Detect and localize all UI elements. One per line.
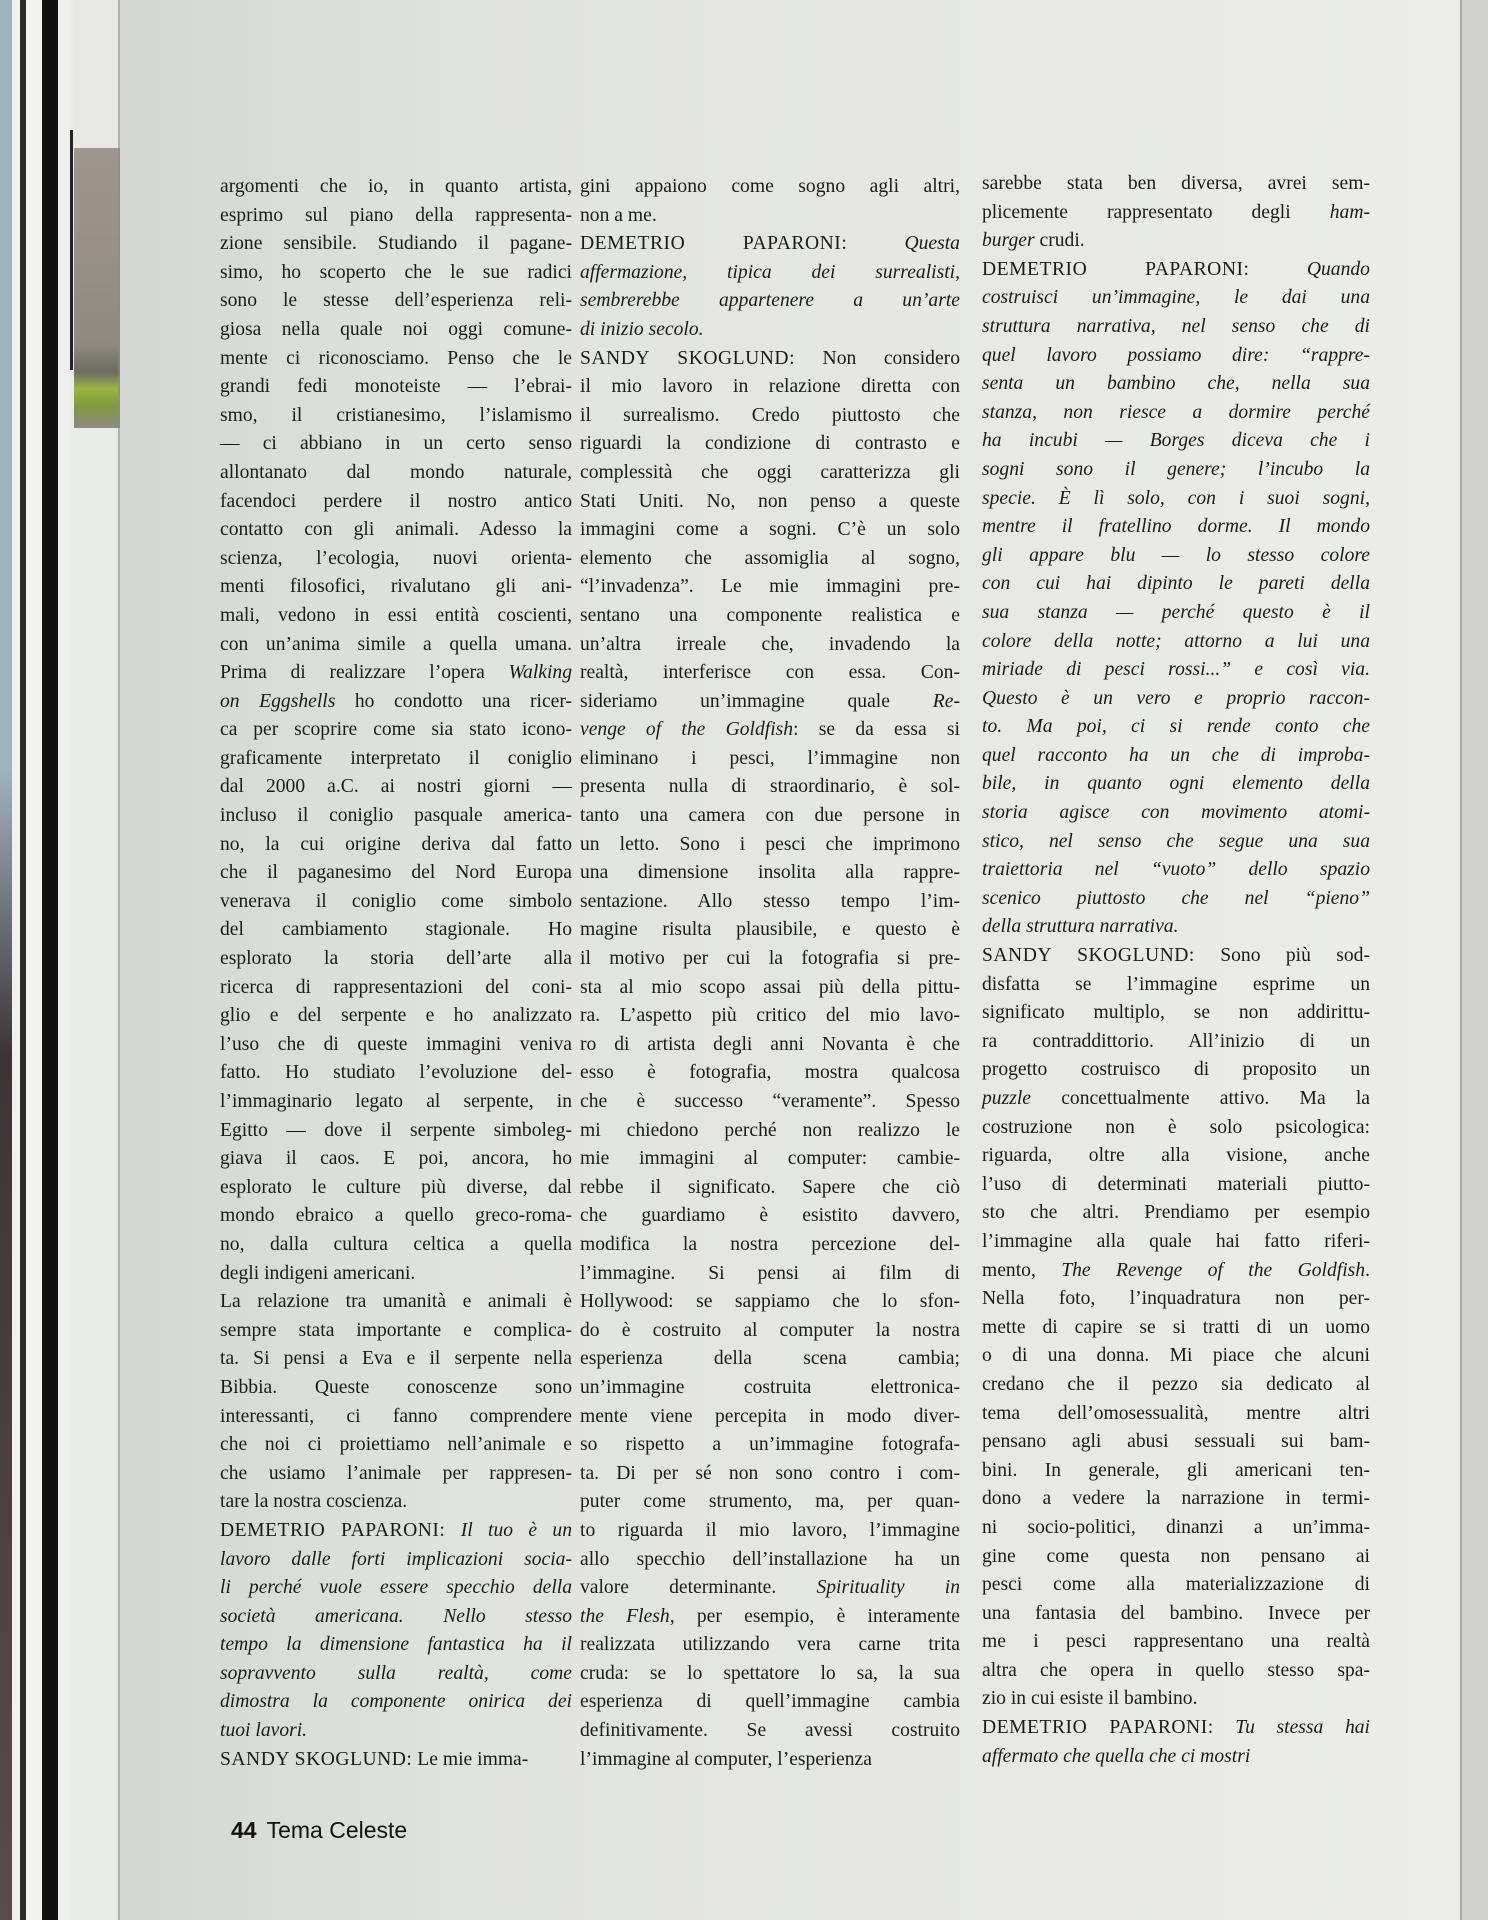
text-line: scienza, l’ecologia, nuovi orienta- [220, 545, 572, 574]
text-line: non a me. [580, 202, 960, 231]
text-line: rebbe il significato. Sapere che ciò [580, 1174, 960, 1203]
text-line: sarebbe stata ben diversa, avrei sem- [982, 170, 1370, 199]
text-line: graficamente interpretato il coniglio [220, 745, 572, 774]
text-line: allo specchio dell’installazione ha un [580, 1546, 960, 1575]
text-line: costruisci un’immagine, le dai una [982, 284, 1370, 313]
text-line: realizzata utilizzando vera carne trita [580, 1631, 960, 1660]
text-line: plicemente rappresentato degli ham- [982, 199, 1370, 228]
text-line: mento, The Revenge of the Goldfish. [982, 1257, 1370, 1286]
text-column-1: argomenti che io, in quanto artista,espr… [220, 173, 572, 1774]
text-line: mente viene percepita in modo diver- [580, 1403, 960, 1432]
text-line: o di una donna. Mi piace che alcuni [982, 1342, 1370, 1371]
text-line: esperienza della scena cambia; [580, 1345, 960, 1374]
text-line: venge of the Goldfish: se da essa si [580, 716, 960, 745]
text-line: the Flesh, per esempio, è interamente [580, 1603, 960, 1632]
text-line: do è costruito al computer la nostra [580, 1317, 960, 1346]
text-line: me i pesci rappresentano una realtà [982, 1628, 1370, 1657]
text-line: — ci abbiano in un certo senso [220, 430, 572, 459]
text-line: dimostra la componente onirica dei [220, 1688, 572, 1717]
text-line: ra contraddittorio. All’inizio di un [982, 1028, 1370, 1057]
text-line: che è successo “veramente”. Spesso [580, 1088, 960, 1117]
speaker-label: DEMETRIO PAPARONI: [982, 1717, 1214, 1738]
text-line: immagini come a sogni. C’è un solo [580, 516, 960, 545]
text-line: glio e del serpente e ho analizzato [220, 1002, 572, 1031]
binding-edge [12, 0, 20, 1920]
text-line: con cui hai dipinto le pareti della [982, 570, 1370, 599]
text-line: puzzle concettualmente attivo. Ma la [982, 1085, 1370, 1114]
text-line: puter come strumento, ma, per quan- [580, 1488, 960, 1517]
page-footer: 44Tema Celeste [231, 1817, 407, 1844]
binding-edge [42, 0, 58, 1920]
text-line: della struttura narrativa. [982, 913, 1370, 942]
text-line: un’altra irreale che, invadendo la [580, 631, 960, 660]
text-line: li perché vuole essere specchio della [220, 1574, 572, 1603]
text-line: l’uso che di queste immagini veniva [220, 1031, 572, 1060]
text-line: mi chiedono perché non realizzo le [580, 1117, 960, 1146]
text-line: burger crudi. [982, 227, 1370, 256]
text-line: La relazione tra umanità e animali è [220, 1288, 572, 1317]
text-line: giosa nella quale noi oggi comune- [220, 316, 572, 345]
text-line: un letto. Sono i pesci che imprimono [580, 831, 960, 860]
text-line: costruzione non è solo psicologica: [982, 1114, 1370, 1143]
text-line: il surrealismo. Credo piuttosto che [580, 402, 960, 431]
text-line: ta. Si pensi a Eva e il serpente nella [220, 1345, 572, 1374]
text-line: no, dalla cultura celtica a quella [220, 1231, 572, 1260]
text-line: che guardiamo è esistito davvero, [580, 1202, 960, 1231]
text-line: che noi ci proiettiamo nell’animale e [220, 1431, 572, 1460]
text-line: quel lavoro possiamo dire: “rappre- [982, 342, 1370, 371]
text-line: esplorato le culture più diverse, dal [220, 1174, 572, 1203]
text-line: l’immagine alla quale hai fatto riferi- [982, 1228, 1370, 1257]
text-line: riguardi la condizione di contrasto e [580, 430, 960, 459]
text-line: mette di capire se si tratti di un uomo [982, 1314, 1370, 1343]
text-line: miriade di pesci rossi...” e così via. [982, 656, 1370, 685]
text-line: struttura narrativa, nel senso che di [982, 313, 1370, 342]
text-line: sopravvento sulla realtà, come [220, 1660, 572, 1689]
text-line: valore determinante. Spirituality in [580, 1574, 960, 1603]
text-line: bile, in quanto ogni elemento della [982, 770, 1370, 799]
text-line: argomenti che io, in quanto artista, [220, 173, 572, 202]
text-line: esperienza di quell’immagine cambia [580, 1688, 960, 1717]
binding-edge [58, 0, 70, 1920]
text-line: magine risulta plausibile, e questo è [580, 916, 960, 945]
text-line: storia agisce con movimento atomi- [982, 799, 1370, 828]
text-line: tare la nostra coscienza. [220, 1488, 572, 1517]
text-line: altra che opera in quello stesso spa- [982, 1657, 1370, 1686]
text-line: con un’anima simile a quella umana. [220, 631, 572, 660]
text-line: progetto costruisco di proposito un [982, 1056, 1370, 1085]
text-line: presenta nulla di straordinario, è sol- [580, 773, 960, 802]
text-line: l’immaginario legato al serpente, in [220, 1088, 572, 1117]
text-line: l’uso di determinati materiali piutto- [982, 1171, 1370, 1200]
text-line: grandi fedi monoteiste — l’ebrai- [220, 373, 572, 402]
text-line: SANDY SKOGLUND: Sono più sod- [982, 942, 1370, 971]
text-line: credano che il pezzo sia dedicato al [982, 1371, 1370, 1400]
text-line: interessanti, ci fanno comprendere [220, 1403, 572, 1432]
text-line: stanza, non riesce a dormire perché [982, 399, 1370, 428]
text-line: lavoro dalle forti implicazioni socia- [220, 1546, 572, 1575]
text-line: pensano agli abusi sessuali sui bam- [982, 1428, 1370, 1457]
text-line: una fantasia del bambino. Invece per [982, 1600, 1370, 1629]
text-line: modifica la nostra percezione del- [580, 1231, 960, 1260]
text-line: ha incubi — Borges diceva che i [982, 427, 1370, 456]
text-line: degli indigeni americani. [220, 1260, 572, 1289]
speaker-label: SANDY SKOGLUND: [220, 1749, 412, 1770]
text-line: sentano una componente realistica e [580, 602, 960, 631]
text-line: sogni sono il genere; l’incubo la [982, 456, 1370, 485]
text-line: società americana. Nello stesso [220, 1603, 572, 1632]
text-line: sto che altri. Prendiamo per esempio [982, 1199, 1370, 1228]
text-line: DEMETRIO PAPARONI: Tu stessa hai [982, 1714, 1370, 1743]
text-line: gine come questa non pensano ai [982, 1543, 1370, 1572]
text-line: facendoci perdere il nostro antico [220, 488, 572, 517]
text-line: Questo è un vero e proprio raccon- [982, 685, 1370, 714]
text-line: fatto. Ho studiato l’evoluzione del- [220, 1059, 572, 1088]
text-line: stico, nel senso che segue una sua [982, 828, 1370, 857]
text-line: on Eggshells ho condotto una ricer- [220, 688, 572, 717]
speaker-label: DEMETRIO PAPARONI: [580, 233, 847, 254]
book-binding [0, 0, 125, 1920]
text-line: Hollywood: se sappiamo che lo sfon- [580, 1288, 960, 1317]
text-line: definitivamente. Se avessi costruito [580, 1717, 960, 1746]
speaker-label: SANDY SKOGLUND: [982, 945, 1195, 966]
text-line: sembrerebbe appartenere a un’arte [580, 287, 960, 316]
page-edge [1460, 0, 1488, 1920]
publication-name: Tema Celeste [267, 1817, 408, 1843]
text-line: gini appaiono come sogno agli altri, [580, 173, 960, 202]
text-line: Prima di realizzare l’opera Walking [220, 659, 572, 688]
text-line: mali, vedono in essi entità coscienti, [220, 602, 572, 631]
facing-page-photo-edge [74, 148, 124, 428]
text-line: ra. L’aspetto più critico del mio lavo- [580, 1002, 960, 1031]
text-line: che usiamo l’animale per rappresen- [220, 1460, 572, 1489]
text-line: il mio lavoro in relazione diretta con [580, 373, 960, 402]
text-line: Egitto — dove il serpente simboleg- [220, 1117, 572, 1146]
speaker-label: SANDY SKOGLUND: [580, 348, 795, 369]
text-line: ta. Di per sé non sono contro i com- [580, 1460, 960, 1489]
text-line: mentre il fratellino dorme. Il mondo [982, 513, 1370, 542]
text-line: contatto con gli animali. Adesso la [220, 516, 572, 545]
text-line: Nella foto, l’inquadratura non per- [982, 1285, 1370, 1314]
text-line: l’immagine al computer, l’esperienza [580, 1746, 960, 1775]
text-line: il motivo per cui la fotografia si pre- [580, 945, 960, 974]
binding-edge [0, 0, 12, 1920]
text-line: tanto una camera con due persone in [580, 802, 960, 831]
text-line: ca per scoprire come sia stato icono- [220, 716, 572, 745]
text-line: riguarda, oltre alla visione, anche [982, 1142, 1370, 1171]
text-column-3: sarebbe stata ben diversa, avrei sem-pli… [982, 170, 1370, 1771]
speaker-label: DEMETRIO PAPARONI: [220, 1520, 445, 1541]
text-line: tema dell’omosessualità, mentre altri [982, 1400, 1370, 1429]
text-line: incluso il coniglio pasquale america- [220, 802, 572, 831]
text-line: sentazione. Allo stesso tempo l’im- [580, 888, 960, 917]
text-line: allontanato dal mondo naturale, [220, 459, 572, 488]
text-line: zione sensibile. Studiando il pagane- [220, 230, 572, 259]
text-line: sta al mio scopo assai più della pittu- [580, 974, 960, 1003]
text-line: Stati Uniti. No, non penso a queste [580, 488, 960, 517]
text-line: to. Ma poi, ci si rende conto che [982, 713, 1370, 742]
text-line: del cambiamento stagionale. Ho [220, 916, 572, 945]
text-line: esprimo sul piano della rappresenta- [220, 202, 572, 231]
text-line: traiettoria nel “vuoto” dello spazio [982, 856, 1370, 885]
text-line: pesci come alla materializzazione di [982, 1571, 1370, 1600]
text-line: esplorato la storia dell’arte alla [220, 945, 572, 974]
text-line: mente ci riconosciamo. Penso che le [220, 345, 572, 374]
text-line: DEMETRIO PAPARONI: Il tuo è un [220, 1517, 572, 1546]
text-line: disfatta se l’immagine esprime un [982, 971, 1370, 1000]
text-line: esso è fotografia, mostra qualcosa [580, 1059, 960, 1088]
text-line: dono a vedere la narrazione in termi- [982, 1485, 1370, 1514]
text-line: specie. È lì solo, con i suoi sogni, [982, 485, 1370, 514]
text-line: mondo ebraico a quello greco-roma- [220, 1202, 572, 1231]
text-line: complessità che oggi caratterizza gli [580, 459, 960, 488]
text-line: l’immagine. Si pensi ai film di [580, 1260, 960, 1289]
text-line: smo, il cristianesimo, l’islamismo [220, 402, 572, 431]
text-line: giava il caos. E poi, ancora, ho [220, 1145, 572, 1174]
text-line: significato multiplo, se non addirittu- [982, 999, 1370, 1028]
text-line: zio in cui esiste il bambino. [982, 1685, 1370, 1714]
binding-edge [26, 0, 42, 1920]
text-line: so rispetto a un’immagine fotografa- [580, 1431, 960, 1460]
text-line: eliminano i pesci, l’immagine non [580, 745, 960, 774]
text-line: realtà, interferisce con essa. Con- [580, 659, 960, 688]
text-line: no, la cui origine deriva dal fatto [220, 831, 572, 860]
text-line: gli appare blu — lo stesso colore [982, 542, 1370, 571]
text-line: sempre stata importante e complica- [220, 1317, 572, 1346]
text-line: menti filosofici, rivalutano gli ani- [220, 573, 572, 602]
facing-page-margin [74, 0, 124, 148]
text-line: to riguarda il mio lavoro, l’immagine [580, 1517, 960, 1546]
text-line: simo, ho scoperto che le sue radici [220, 259, 572, 288]
text-line: cruda: se lo spettatore lo sa, la sua [580, 1660, 960, 1689]
text-line: SANDY SKOGLUND: Non considero [580, 345, 960, 374]
text-line: dal 2000 a.C. ai nostri giorni — [220, 773, 572, 802]
text-line: mie immagini al computer: cambie- [580, 1145, 960, 1174]
text-line: colore della notte; attorno a lui una [982, 628, 1370, 657]
text-column-2: gini appaiono come sogno agli altri,non … [580, 173, 960, 1774]
text-line: di inizio secolo. [580, 316, 960, 345]
text-line: affermato che quella che ci mostri [982, 1743, 1370, 1772]
text-line: tempo la dimensione fantastica ha il [220, 1631, 572, 1660]
text-line: sideriamo un’immagine quale Re- [580, 688, 960, 717]
page-number: 44 [231, 1817, 257, 1843]
text-line: che il paganesimo del Nord Europa [220, 859, 572, 888]
text-line: senta un bambino che, nella sua [982, 370, 1370, 399]
text-line: affermazione, tipica dei surrealisti, [580, 259, 960, 288]
speaker-label: DEMETRIO PAPARONI: [982, 259, 1249, 280]
text-line: ro di artista degli anni Novanta è che [580, 1031, 960, 1060]
text-line: tuoi lavori. [220, 1717, 572, 1746]
text-line: bini. In generale, gli americani ten- [982, 1457, 1370, 1486]
binding-edge [70, 130, 73, 370]
text-line: quel racconto ha un che di improba- [982, 742, 1370, 771]
text-line: DEMETRIO PAPARONI: Questa [580, 230, 960, 259]
text-line: sono le stesse dell’esperienza reli- [220, 287, 572, 316]
text-line: DEMETRIO PAPARONI: Quando [982, 256, 1370, 285]
text-line: venerava il coniglio come simbolo [220, 888, 572, 917]
text-line: “l’invadenza”. Le mie immagini pre- [580, 573, 960, 602]
text-line: elemento che assomiglia al sogno, [580, 545, 960, 574]
text-line: un’immagine costruita elettronica- [580, 1374, 960, 1403]
text-line: sua stanza — perché questo è il [982, 599, 1370, 628]
text-line: ni socio-politici, dinanzi a un’imma- [982, 1514, 1370, 1543]
text-line: Bibbia. Queste conoscenze sono [220, 1374, 572, 1403]
text-line: una dimensione insolita alla rappre- [580, 859, 960, 888]
text-line: scenico piuttosto che nel “pieno” [982, 885, 1370, 914]
text-line: SANDY SKOGLUND: Le mie imma- [220, 1746, 572, 1775]
text-line: ricerca di rappresentazioni del coni- [220, 974, 572, 1003]
